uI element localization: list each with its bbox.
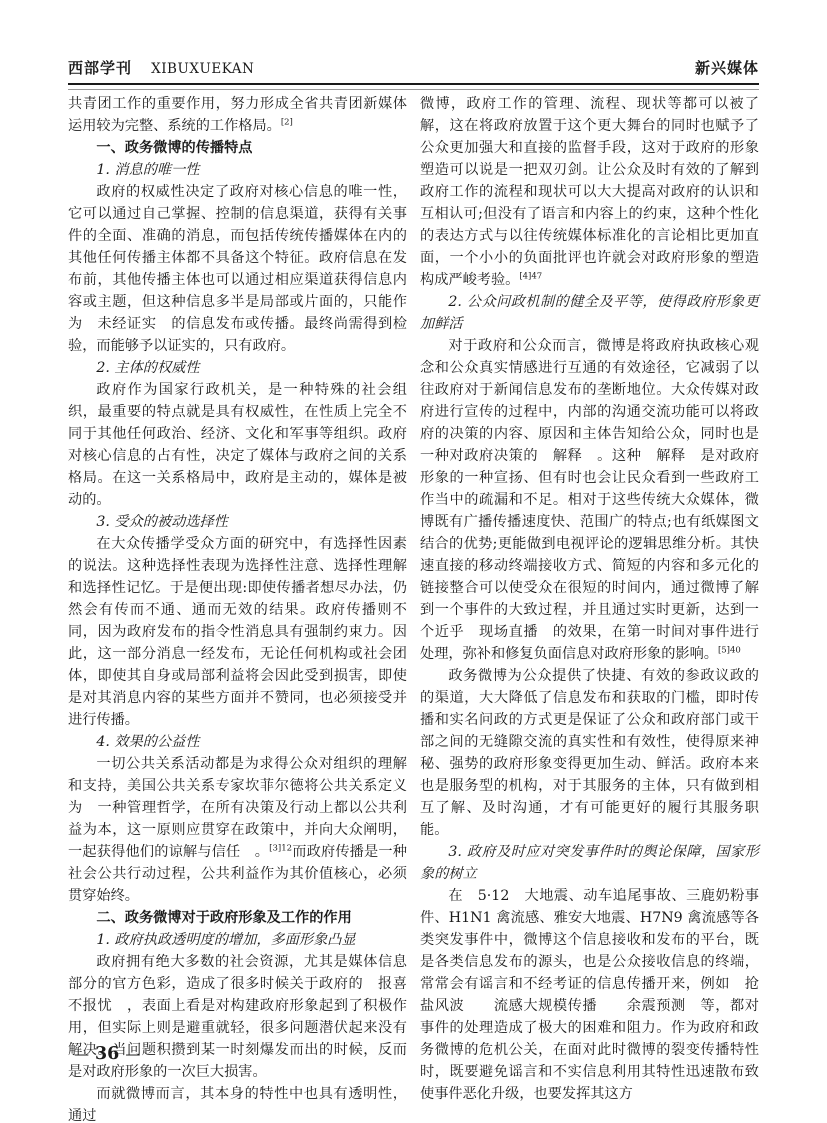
page-number: 36 — [95, 1044, 119, 1064]
footer-left-dash: — — [74, 1045, 89, 1063]
body-paragraph: 在大众传播学受众方面的研究中，有选择性因素的说法。这种选择性表现为选择性注意、选… — [68, 533, 407, 731]
sub-heading: 4. 效果的公益性 — [68, 731, 407, 753]
header-divider-rule — [68, 83, 759, 90]
section-label: 新兴媒体 — [695, 57, 759, 78]
body-paragraph: 共青团工作的重要作用，努力形成全省共青团新媒体运用较为完整、系统的工作格局。[2… — [68, 93, 407, 137]
journal-title-cn: 西部学刊 — [68, 59, 132, 77]
page-header: 西部学刊 XIBUXUEKAN 新兴媒体 — [68, 57, 759, 79]
body-paragraph: 政府作为国家行政机关，是一种特殊的社会组织，最重要的特点就是具有权威性，在性质上… — [68, 379, 407, 511]
column-left: 共青团工作的重要作用，努力形成全省共青团新媒体运用较为完整、系统的工作格局。[2… — [68, 93, 407, 1123]
sub-heading: 1. 政府执政透明度的增加，多面形象凸显 — [68, 929, 407, 951]
body-paragraph: 一切公共关系活动都是为求得公众对组织的理解和支持，美国公共关系专家坎菲尔德将公共… — [68, 753, 407, 907]
sub-heading: 2. 公众问政机制的健全及平等，使得政府形象更加鲜活 — [420, 291, 759, 335]
journal-page: 西部学刊 XIBUXUEKAN 新兴媒体 共青团工作的重要作用，努力形成全省共青… — [0, 0, 827, 1123]
footer-right-dash: — — [125, 1045, 140, 1063]
journal-title-group: 西部学刊 XIBUXUEKAN — [68, 57, 254, 78]
body-paragraph: 在 5·12 大地震、动车追尾事故、三鹿奶粉事件、H1N1 禽流感、雅安大地震、… — [420, 885, 759, 1105]
body-paragraph: 而就微博而言，其本身的特性中也具有透明性，通过 — [68, 1083, 407, 1123]
journal-title-en: XIBUXUEKAN — [151, 61, 254, 77]
body-paragraph: 微博，政府工作的管理、流程、现状等都可以被了解，这在将政府放置于这个更大舞台的同… — [420, 93, 759, 291]
section-heading: 二、政务微博对于政府形象及工作的作用 — [68, 907, 407, 929]
section-heading: 一、政务微博的传播特点 — [68, 137, 407, 159]
column-right: 微博，政府工作的管理、流程、现状等都可以被了解，这在将政府放置于这个更大舞台的同… — [420, 93, 759, 1123]
body-paragraph: 对于政府和公众而言，微博是将政府执政核心观念和公众真实情感进行互通的有效途径，它… — [420, 335, 759, 665]
body-paragraph: 政务微博为公众提供了快捷、有效的参政议政的的渠道，大大降低了信息发布和获取的门槛… — [420, 665, 759, 841]
body-paragraph: 政府的权威性决定了政府对核心信息的唯一性，它可以通过自己掌握、控制的信息渠道，获… — [68, 181, 407, 357]
article-body: 共青团工作的重要作用，努力形成全省共青团新媒体运用较为完整、系统的工作格局。[2… — [68, 93, 759, 1123]
sub-heading: 1. 消息的唯一性 — [68, 159, 407, 181]
sub-heading: 2. 主体的权威性 — [68, 357, 407, 379]
sub-heading: 3. 政府及时应对突发事件时的舆论保障，国家形象的树立 — [420, 841, 759, 885]
sub-heading: 3. 受众的被动选择性 — [68, 511, 407, 533]
page-footer: — 36 — — [74, 1044, 140, 1064]
